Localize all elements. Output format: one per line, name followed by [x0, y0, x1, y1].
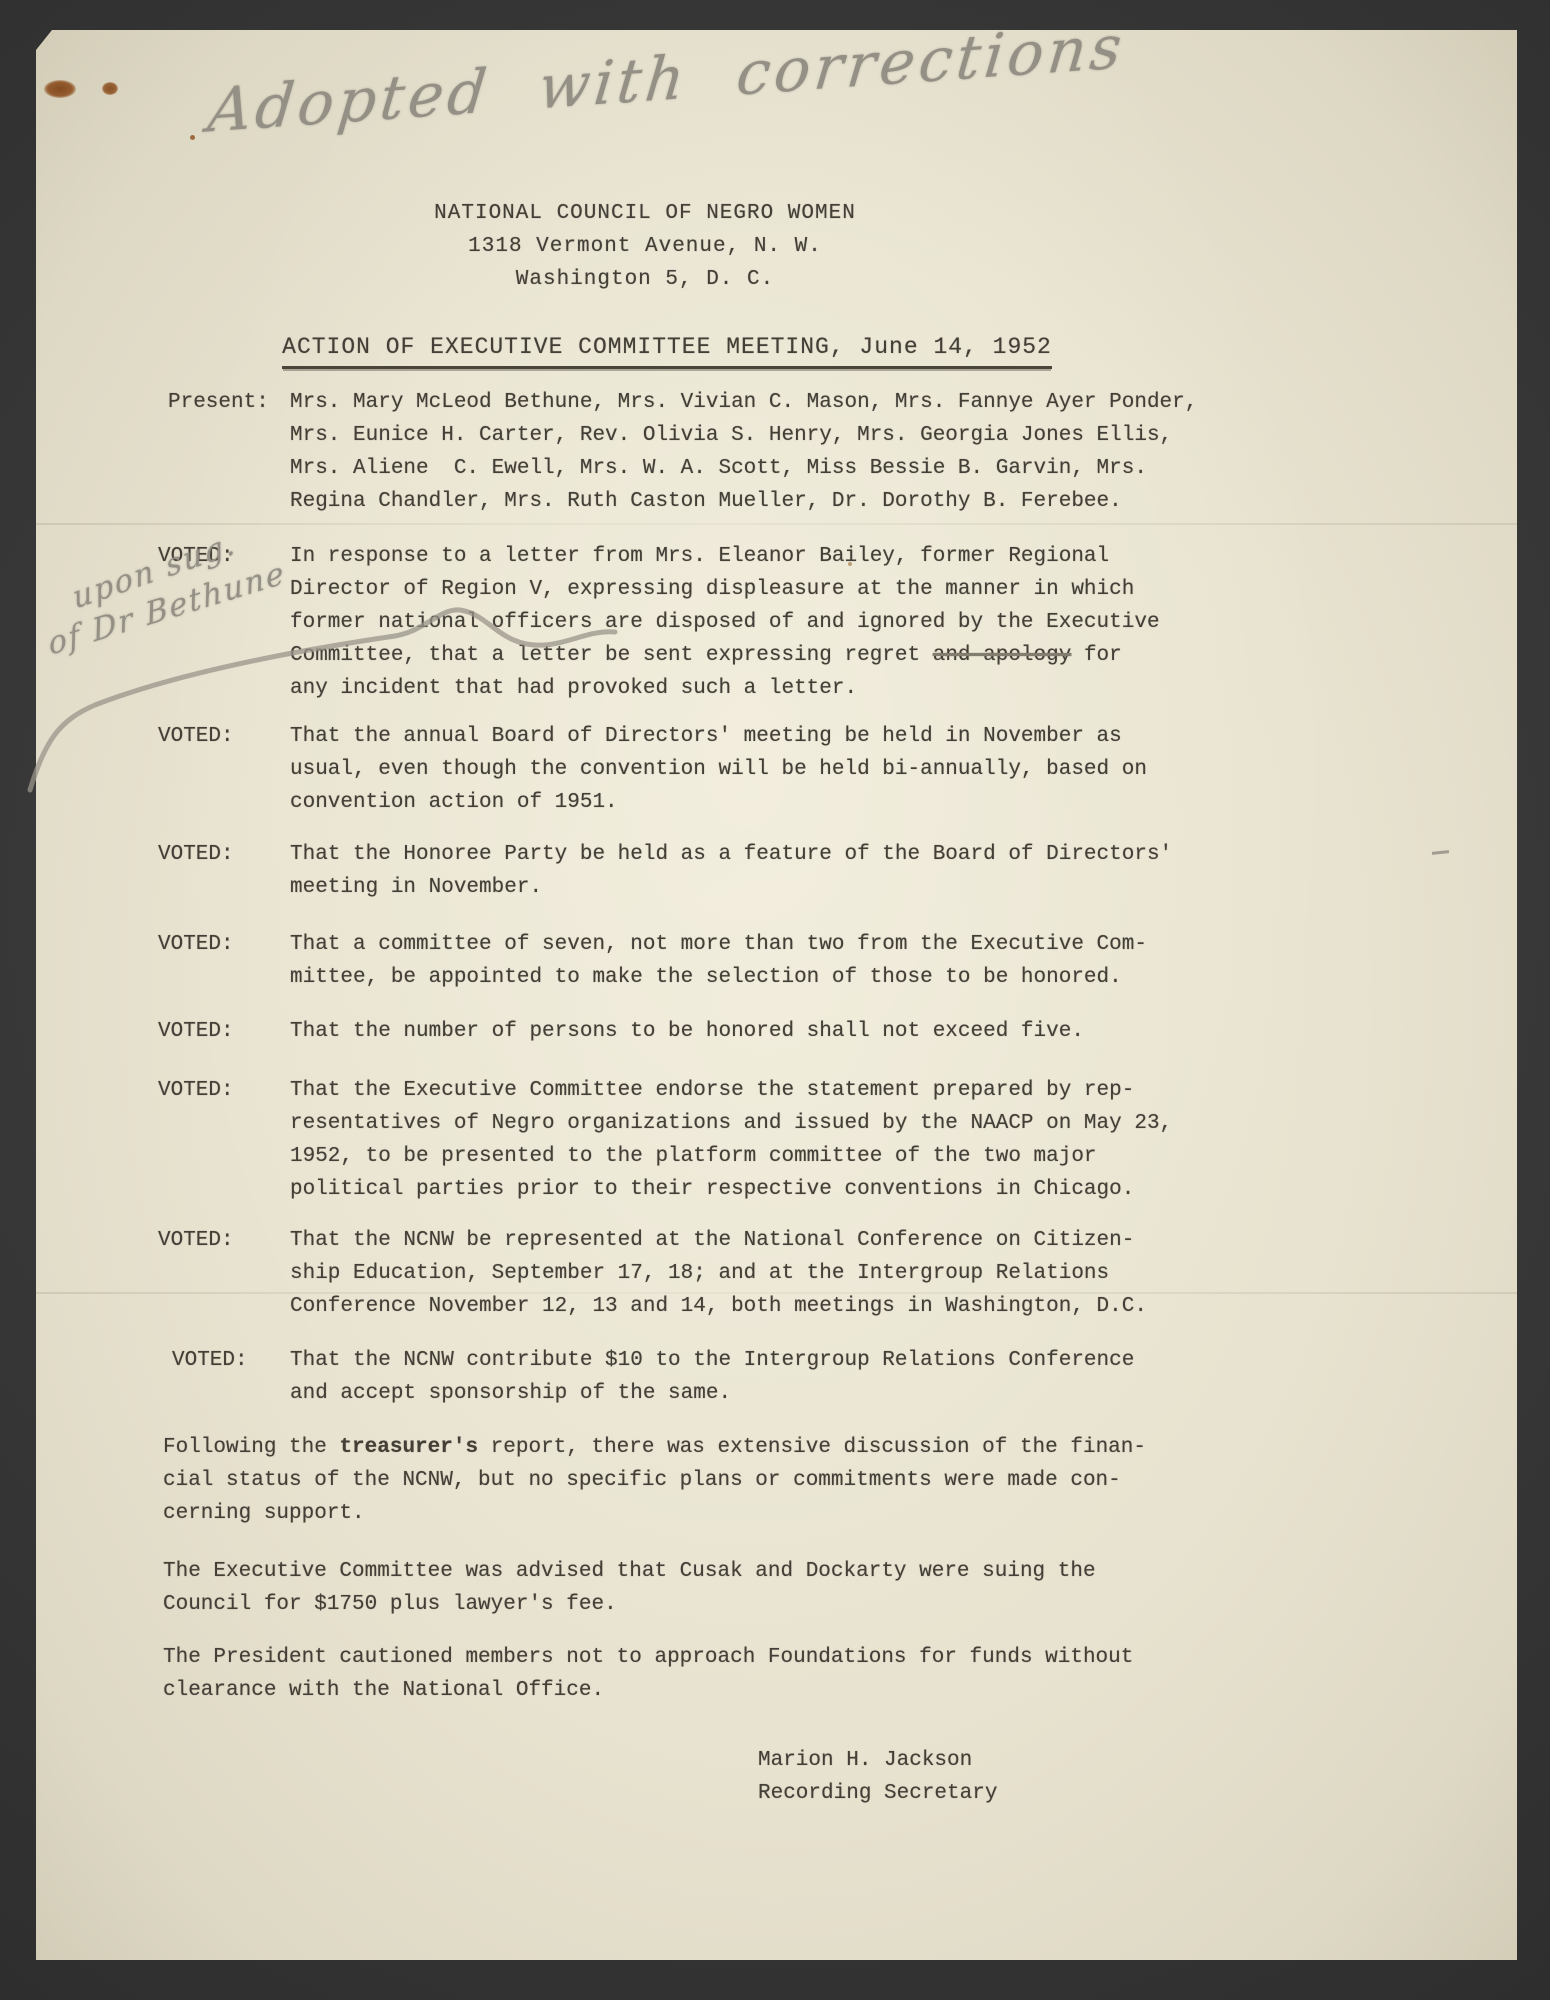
- vote-line: That the annual Board of Directors' meet…: [290, 720, 1338, 753]
- paragraph-line: The Executive Committee was advised that…: [163, 1555, 1343, 1588]
- vote-line: Director of Region V, expressing displea…: [290, 573, 1338, 606]
- voted-label: VOTED:: [158, 1074, 234, 1107]
- vote-line: former national officers are disposed of…: [290, 606, 1338, 639]
- paragraph-text: Following the: [163, 1436, 339, 1459]
- vote-line: That the NCNW be represented at the Nati…: [290, 1224, 1338, 1257]
- vote-item: VOTED: That the Executive Committee endo…: [158, 1074, 1338, 1206]
- rust-stain: [44, 80, 76, 98]
- vote-item: VOTED: In response to a letter from Mrs.…: [158, 540, 1338, 705]
- vote-item: VOTED: That the NCNW contribute $10 to t…: [172, 1344, 1352, 1410]
- voted-label: VOTED:: [172, 1344, 248, 1377]
- vote-line: political parties prior to their respect…: [290, 1173, 1338, 1206]
- present-line: Regina Chandler, Mrs. Ruth Caston Muelle…: [290, 485, 1348, 518]
- vote-line: That a committee of seven, not more than…: [290, 928, 1338, 961]
- rust-stain: [190, 135, 195, 140]
- vote-item: VOTED: That the NCNW be represented at t…: [158, 1224, 1338, 1323]
- bold-text: treasurer's: [339, 1436, 478, 1459]
- present-label: Present:: [168, 386, 269, 419]
- vote-line: convention action of 1951.: [290, 786, 1338, 819]
- org-address: 1318 Vermont Avenue, N. W.: [195, 230, 1095, 263]
- paragraph-line: Council for $1750 plus lawyer's fee.: [163, 1588, 1343, 1621]
- present-line: Mrs. Mary McLeod Bethune, Mrs. Vivian C.…: [290, 386, 1348, 419]
- vote-line: That the number of persons to be honored…: [290, 1015, 1338, 1048]
- present-block: Present: Mrs. Mary McLeod Bethune, Mrs. …: [168, 386, 1348, 518]
- present-line: Mrs. Aliene C. Ewell, Mrs. W. A. Scott, …: [290, 452, 1348, 485]
- voted-label: VOTED:: [158, 928, 234, 961]
- closing-paragraph: Following the treasurer's report, there …: [163, 1431, 1343, 1530]
- vote-line: usual, even though the convention will b…: [290, 753, 1338, 786]
- vote-item: VOTED: That the number of persons to be …: [158, 1015, 1338, 1048]
- vote-text: for: [1071, 644, 1121, 667]
- vote-line: That the NCNW contribute $10 to the Inte…: [290, 1344, 1352, 1377]
- vote-item: VOTED: That the annual Board of Director…: [158, 720, 1338, 819]
- paragraph-line: cerning support.: [163, 1497, 1343, 1530]
- paragraph-line: clearance with the National Office.: [163, 1674, 1343, 1707]
- vote-line: mittee, be appointed to make the selecti…: [290, 961, 1338, 994]
- vote-item: VOTED: That the Honoree Party be held as…: [158, 838, 1338, 904]
- voted-label: VOTED:: [158, 1015, 234, 1048]
- signature-title: Recording Secretary: [758, 1777, 997, 1810]
- vote-line: resentatives of Negro organizations and …: [290, 1107, 1338, 1140]
- document-title-block: ACTION OF EXECUTIVE COMMITTEE MEETING, J…: [217, 330, 1117, 369]
- vote-line: and accept sponsorship of the same.: [290, 1377, 1352, 1410]
- vote-line-with-strikethrough: Committee, that a letter be sent express…: [290, 639, 1338, 672]
- signature-name: Marion H. Jackson: [758, 1744, 997, 1777]
- paragraph-line-with-bold: Following the treasurer's report, there …: [163, 1431, 1343, 1464]
- letterhead: NATIONAL COUNCIL OF NEGRO WOMEN 1318 Ver…: [195, 197, 1095, 296]
- paragraph-line: cial status of the NCNW, but no specific…: [163, 1464, 1343, 1497]
- vote-text: Committee, that a letter be sent express…: [290, 644, 933, 667]
- rust-stain: [102, 82, 118, 95]
- vote-item: VOTED: That a committee of seven, not mo…: [158, 928, 1338, 994]
- vote-line: meeting in November.: [290, 871, 1338, 904]
- document-title: ACTION OF EXECUTIVE COMMITTEE MEETING, J…: [282, 330, 1052, 369]
- org-city: Washington 5, D. C.: [195, 263, 1095, 296]
- struck-text: and apology: [933, 644, 1072, 667]
- voted-label: VOTED:: [158, 1224, 234, 1257]
- vote-line: any incident that had provoked such a le…: [290, 672, 1338, 705]
- voted-label: VOTED:: [158, 838, 234, 871]
- present-line: Mrs. Eunice H. Carter, Rev. Olivia S. He…: [290, 419, 1348, 452]
- vote-line: That the Honoree Party be held as a feat…: [290, 838, 1338, 871]
- paper-crease: [36, 523, 1517, 525]
- closing-paragraph: The Executive Committee was advised that…: [163, 1555, 1343, 1621]
- closing-paragraph: The President cautioned members not to a…: [163, 1641, 1343, 1707]
- vote-line: Conference November 12, 13 and 14, both …: [290, 1290, 1338, 1323]
- scanned-page-background: { "colors": { "background": "#3a3a3a", "…: [0, 0, 1550, 2000]
- signature-block: Marion H. Jackson Recording Secretary: [758, 1744, 997, 1810]
- vote-line: ship Education, September 17, 18; and at…: [290, 1257, 1338, 1290]
- paragraph-line: The President cautioned members not to a…: [163, 1641, 1343, 1674]
- vote-line: 1952, to be presented to the platform co…: [290, 1140, 1338, 1173]
- org-name: NATIONAL COUNCIL OF NEGRO WOMEN: [195, 197, 1095, 230]
- vote-line: That the Executive Committee endorse the…: [290, 1074, 1338, 1107]
- paragraph-text: report, there was extensive discussion o…: [478, 1436, 1146, 1459]
- vote-line: In response to a letter from Mrs. Eleano…: [290, 540, 1338, 573]
- voted-label: VOTED:: [158, 720, 234, 753]
